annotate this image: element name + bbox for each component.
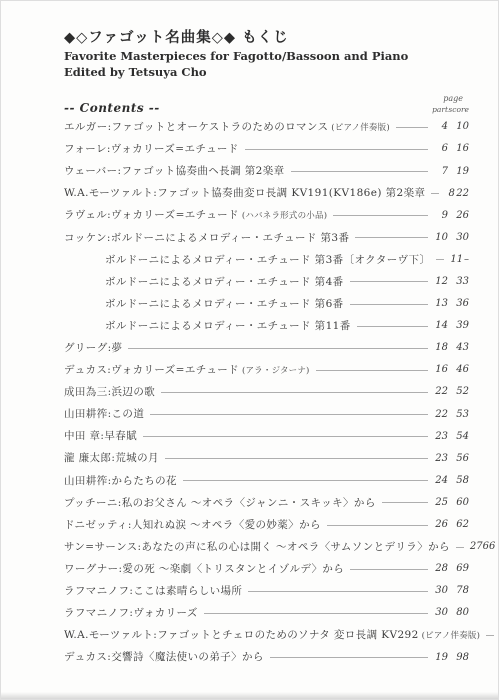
part-page-number: 30 bbox=[434, 608, 448, 618]
toc-item-note: (アラ・ジターナ) bbox=[239, 366, 310, 376]
part-page-number: 22 bbox=[434, 410, 448, 420]
toc-row: デュカス:ヴォカリーズ=エチュード (アラ・ジターナ)1646 bbox=[64, 359, 469, 381]
page-header: ◆◇ファゴット名曲集◇◆ もくじ Favorite Masterpieces f… bbox=[64, 30, 469, 80]
leader-line bbox=[161, 392, 428, 393]
score-page-number: 78 bbox=[448, 586, 469, 596]
leader-line bbox=[431, 193, 439, 194]
toc-page: ◆◇ファゴット名曲集◇◆ もくじ Favorite Masterpieces f… bbox=[0, 0, 499, 700]
toc-row: 成田為三:浜辺の歌2252 bbox=[64, 381, 469, 403]
score-page-number: 43 bbox=[448, 343, 469, 353]
leader-line bbox=[456, 547, 464, 548]
score-page-number: 39 bbox=[448, 321, 469, 331]
column-header-page: page bbox=[424, 94, 469, 104]
toc-item-title: 山田耕筰:この道 bbox=[64, 409, 144, 420]
toc-item-title: 山田耕筰:からたちの花 bbox=[64, 476, 177, 487]
toc-row: ボルドーニによるメロディー・エチュード 第6番1336 bbox=[64, 293, 469, 315]
score-page-number: 60 bbox=[448, 498, 469, 508]
toc-row: デュカス:交響詩〈魔法使いの弟子〉から1998 bbox=[64, 647, 469, 669]
toc-item-title: W.A.モーツァルト:ファゴットとチェロのためのソナタ 変ロ長調 KV292 (… bbox=[64, 630, 480, 641]
part-page-number: 22 bbox=[434, 387, 448, 397]
score-page-number: – bbox=[463, 255, 469, 265]
part-page-number: 16 bbox=[434, 365, 448, 375]
toc-item-title: フォーレ:ヴォカリーズ=エチュード bbox=[64, 144, 239, 155]
toc-row: ラフマニノフ:ここは素晴らしい場所3078 bbox=[64, 580, 469, 602]
leader-line bbox=[128, 348, 428, 349]
toc-row: 山田耕筰:からたちの花2458 bbox=[64, 470, 469, 492]
leader-line bbox=[327, 525, 428, 526]
part-page-number: 23 bbox=[434, 454, 448, 464]
leader-line bbox=[382, 502, 428, 503]
score-page-number: 30 bbox=[448, 233, 469, 243]
score-page-number: 80 bbox=[448, 608, 469, 618]
toc-item-title: 瀧 廉太郎:荒城の月 bbox=[64, 453, 159, 464]
page-column-headers: page part score bbox=[424, 94, 469, 115]
toc-item-title: ワーグナー:愛の死 〜楽劇〈トリスタンとイゾルデ〉から bbox=[64, 564, 344, 575]
part-page-number: 30 bbox=[434, 586, 448, 596]
part-page-number: 6 bbox=[434, 144, 448, 154]
toc-row: グリーグ:夢1843 bbox=[64, 337, 469, 359]
toc-row: 山田耕筰:この道2253 bbox=[64, 403, 469, 425]
leader-line bbox=[204, 613, 428, 614]
leader-line bbox=[486, 635, 494, 636]
toc-item-title: ボルドーニによるメロディー・エチュード 第11番 bbox=[105, 321, 351, 332]
toc-item-title: コッケン:ボルドーニによるメロディー・エチュード 第3番 bbox=[64, 233, 349, 244]
score-page-number: 98 bbox=[448, 653, 469, 663]
toc-item-title: ボルドーニによるメロディー・エチュード 第4番 bbox=[105, 277, 344, 288]
part-page-number: 13 bbox=[434, 299, 448, 309]
part-page-number: 9 bbox=[434, 211, 448, 221]
leader-line bbox=[165, 458, 428, 459]
leader-line bbox=[350, 304, 428, 305]
leader-line bbox=[333, 215, 428, 216]
toc-item-note: (ハバネラ形式の小品) bbox=[239, 211, 327, 221]
part-page-number: 26 bbox=[434, 520, 448, 530]
toc-item-note: (ピアノ伴奏版) bbox=[419, 631, 480, 641]
leader-line bbox=[316, 370, 428, 371]
score-page-number: 56 bbox=[448, 454, 469, 464]
leader-line bbox=[143, 436, 428, 437]
score-page-number: 46 bbox=[448, 365, 469, 375]
toc-row: ドニゼッティ:人知れぬ涙 〜オペラ〈愛の妙薬〉から2662 bbox=[64, 514, 469, 536]
toc-item-title: デュカス:交響詩〈魔法使いの弟子〉から bbox=[64, 652, 264, 663]
leader-line bbox=[350, 569, 428, 570]
toc-item-title: W.A.モーツァルト:ファゴット協奏曲変ロ長調 KV191(KV186e) 第2… bbox=[64, 188, 425, 199]
score-page-number: 19 bbox=[448, 167, 469, 177]
toc-item-title: サン=サーンス:あなたの声に私の心は開く 〜オペラ〈サムソンとデリラ〉から bbox=[64, 542, 450, 553]
contents-header-row: -- Contents -- page part score bbox=[64, 94, 469, 115]
toc-row: W.A.モーツァルト:ファゴットとチェロのためのソナタ 変ロ長調 KV292 (… bbox=[64, 624, 469, 646]
score-page-number: 53 bbox=[448, 410, 469, 420]
part-page-number: 14 bbox=[434, 321, 448, 331]
column-header-score: score bbox=[448, 105, 469, 115]
column-header-part: part bbox=[424, 105, 448, 115]
toc-row: ワーグナー:愛の死 〜楽劇〈トリスタンとイゾルデ〉から2869 bbox=[64, 558, 469, 580]
toc-row: フォーレ:ヴォカリーズ=エチュード616 bbox=[64, 138, 469, 160]
toc-row: エルガー:ファゴットとオーケストラのためのロマンス (ピアノ伴奏版)410 bbox=[64, 116, 469, 138]
part-page-number: 12 bbox=[434, 277, 448, 287]
part-page-number: 11 bbox=[450, 255, 463, 265]
score-page-number: 66 bbox=[483, 542, 496, 552]
toc-item-title: 成田為三:浜辺の歌 bbox=[64, 387, 155, 398]
toc-item-title: ラフマニノフ:ヴォカリーズ bbox=[64, 608, 198, 619]
part-page-number: 23 bbox=[434, 432, 448, 442]
toc-row: ウェーバー:ファゴット協奏曲ヘ長調 第2楽章719 bbox=[64, 160, 469, 182]
toc-item-title: ボルドーニによるメロディー・エチュード 第3番〔オクターヴ下〕 bbox=[105, 255, 430, 266]
score-page-number: 54 bbox=[448, 432, 469, 442]
part-page-number: 8 bbox=[445, 189, 454, 199]
leader-line bbox=[291, 171, 429, 172]
leader-line bbox=[183, 480, 428, 481]
leader-line bbox=[357, 326, 428, 327]
leader-line bbox=[350, 281, 428, 282]
toc-row: ボルドーニによるメロディー・エチュード 第3番〔オクターヴ下〕11– bbox=[64, 249, 469, 271]
leader-line bbox=[396, 127, 428, 128]
leader-line bbox=[355, 237, 428, 238]
part-page-number: 28 bbox=[434, 564, 448, 574]
part-page-number: 19 bbox=[434, 653, 448, 663]
part-page-number: 25 bbox=[434, 498, 448, 508]
leader-line bbox=[436, 259, 444, 260]
leader-line bbox=[150, 414, 428, 415]
part-page-number: 24 bbox=[434, 476, 448, 486]
page-editor: Edited by Tetsuya Cho bbox=[64, 66, 469, 80]
leader-line bbox=[248, 591, 428, 592]
score-page-number: 52 bbox=[448, 387, 469, 397]
toc-list: エルガー:ファゴットとオーケストラのためのロマンス (ピアノ伴奏版)410フォー… bbox=[64, 116, 469, 668]
toc-item-title: ウェーバー:ファゴット協奏曲ヘ長調 第2楽章 bbox=[64, 166, 285, 177]
toc-row: コッケン:ボルドーニによるメロディー・エチュード 第3番1030 bbox=[64, 227, 469, 249]
score-page-number: 62 bbox=[448, 520, 469, 530]
score-page-number: 36 bbox=[448, 299, 469, 309]
toc-row: ボルドーニによるメロディー・エチュード 第4番1233 bbox=[64, 271, 469, 293]
part-page-number: 4 bbox=[434, 122, 448, 132]
page-title: ◆◇ファゴット名曲集◇◆ もくじ bbox=[64, 30, 469, 47]
score-page-number: 10 bbox=[448, 122, 469, 132]
toc-row: ラフマニノフ:ヴォカリーズ3080 bbox=[64, 602, 469, 624]
toc-row: 中田 章:早春賦2354 bbox=[64, 426, 469, 448]
toc-row: プッチーニ:私のお父さん 〜オペラ〈ジャンニ・スキッキ〉から2560 bbox=[64, 492, 469, 514]
leader-line bbox=[270, 657, 428, 658]
toc-item-title: デュカス:ヴォカリーズ=エチュード (アラ・ジターナ) bbox=[64, 365, 310, 376]
part-page-number: 27 bbox=[470, 542, 483, 552]
part-page-number: 7 bbox=[434, 167, 448, 177]
toc-row: W.A.モーツァルト:ファゴット協奏曲変ロ長調 KV191(KV186e) 第2… bbox=[64, 183, 469, 205]
toc-item-note: (ピアノ伴奏版) bbox=[328, 123, 389, 133]
score-page-number: 69 bbox=[448, 564, 469, 574]
score-page-number: 58 bbox=[448, 476, 469, 486]
leader-line bbox=[245, 149, 428, 150]
score-page-number: 26 bbox=[448, 211, 469, 221]
toc-item-title: ドニゼッティ:人知れぬ涙 〜オペラ〈愛の妙薬〉から bbox=[64, 520, 321, 531]
part-page-number: 10 bbox=[434, 233, 448, 243]
toc-item-title: エルガー:ファゴットとオーケストラのためのロマンス (ピアノ伴奏版) bbox=[64, 122, 390, 133]
page-subtitle: Favorite Masterpieces for Fagotto/Bassoo… bbox=[64, 50, 469, 64]
toc-row: ボルドーニによるメロディー・エチュード 第11番1439 bbox=[64, 315, 469, 337]
toc-item-title: ボルドーニによるメロディー・エチュード 第6番 bbox=[105, 299, 344, 310]
toc-item-title: ラヴェル:ヴォカリーズ=エチュード (ハバネラ形式の小品) bbox=[64, 210, 327, 221]
score-page-number: 22 bbox=[455, 189, 469, 199]
toc-row: 瀧 廉太郎:荒城の月2356 bbox=[64, 448, 469, 470]
toc-row: ラヴェル:ヴォカリーズ=エチュード (ハバネラ形式の小品)926 bbox=[64, 205, 469, 227]
score-page-number: 33 bbox=[448, 277, 469, 287]
toc-row: サン=サーンス:あなたの声に私の心は開く 〜オペラ〈サムソンとデリラ〉から276… bbox=[64, 536, 469, 558]
part-page-number: 18 bbox=[434, 343, 448, 353]
toc-item-title: 中田 章:早春賦 bbox=[64, 431, 137, 442]
toc-item-title: ラフマニノフ:ここは素晴らしい場所 bbox=[64, 586, 242, 597]
score-page-number: 16 bbox=[448, 144, 469, 154]
toc-item-title: グリーグ:夢 bbox=[64, 343, 122, 354]
contents-label: -- Contents -- bbox=[64, 101, 160, 115]
toc-item-title: プッチーニ:私のお父さん 〜オペラ〈ジャンニ・スキッキ〉から bbox=[64, 498, 376, 509]
